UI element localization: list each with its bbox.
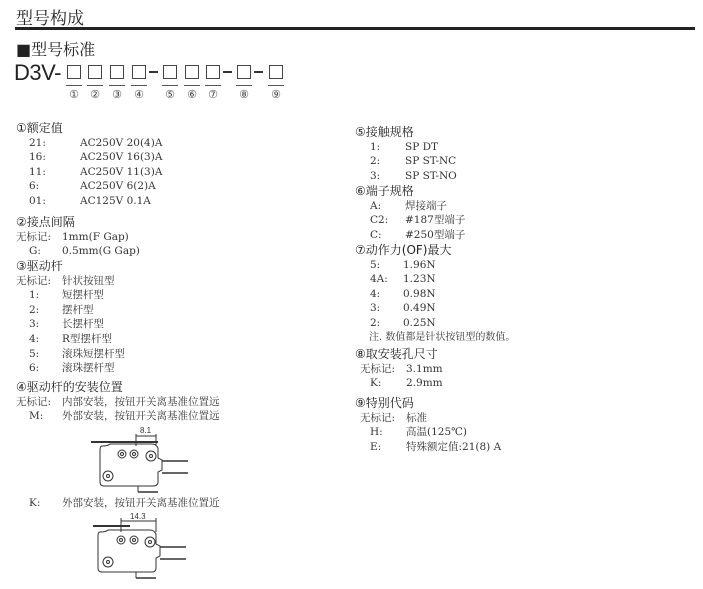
list-item: 2:0.25N bbox=[355, 316, 515, 331]
code-box-9 bbox=[269, 65, 283, 79]
section-title: ⑤接触规格 bbox=[355, 125, 457, 140]
list-item: 4A:1.23N bbox=[355, 272, 515, 287]
section-contact-gap: ②接点间隔 无标记:1mm(F Gap) G:0.5mm(G Gap) bbox=[16, 215, 140, 259]
list-item: 无标记:标准 bbox=[355, 411, 501, 426]
code-underline bbox=[268, 85, 284, 86]
position-label-3: ③ bbox=[109, 88, 125, 101]
list-item: A:焊接端子 bbox=[355, 199, 465, 214]
list-item: 3:0.49N bbox=[355, 301, 515, 316]
section-actuator: ③驱动杆 无标记:针状按钮型 1:短摆杆型 2:摆杆型 3:长摆杆型 4:R型摆… bbox=[16, 259, 125, 376]
list-item: 01:AC125V 0.1A bbox=[16, 194, 162, 209]
list-item: 6:滚珠摆杆型 bbox=[16, 361, 125, 376]
switch-diagram-k: 14.3 bbox=[90, 512, 195, 584]
list-item: C:#250型端子 bbox=[355, 228, 465, 243]
position-label-2: ② bbox=[87, 88, 103, 101]
code-underline bbox=[162, 85, 178, 86]
list-item: 5:滚珠短摆杆型 bbox=[16, 347, 125, 362]
list-item: M:外部安装，按钮开关离基准位置远 bbox=[16, 409, 220, 424]
code-box-8 bbox=[237, 65, 251, 79]
list-item: E:特殊额定值:21(8) A bbox=[355, 440, 501, 455]
list-item: K:2.9mm bbox=[355, 376, 443, 391]
list-item: 4:R型摆杆型 bbox=[16, 332, 125, 347]
position-label-9: ⑨ bbox=[268, 88, 284, 101]
section-title: ①额定值 bbox=[16, 121, 162, 136]
list-item: 21:AC250V 20(4)A bbox=[16, 136, 162, 151]
section-title: ⑧取安装孔尺寸 bbox=[355, 347, 443, 362]
list-item: 3:长摆杆型 bbox=[16, 317, 125, 332]
list-item: 2:SP ST-NC bbox=[355, 154, 457, 169]
section-mounting-hole: ⑧取安装孔尺寸 无标记:3.1mm K:2.9mm bbox=[355, 347, 443, 391]
section-title: ④驱动杆的安装位置 bbox=[16, 380, 220, 395]
section-title: ③驱动杆 bbox=[16, 259, 125, 274]
list-item: 5:1.96N bbox=[355, 258, 515, 273]
code-dash bbox=[149, 71, 158, 73]
footnote: 注. 数值都是针状按钮型的数值。 bbox=[355, 331, 515, 346]
code-box-1 bbox=[67, 65, 81, 79]
list-item: 无标记:针状按钮型 bbox=[16, 274, 125, 289]
list-item: 2:摆杆型 bbox=[16, 303, 125, 318]
model-prefix: D3V- bbox=[14, 60, 61, 86]
section-terminal: ⑥端子规格 A:焊接端子 C2:#187型端子 C:#250型端子 bbox=[355, 184, 465, 242]
code-underline bbox=[109, 85, 125, 86]
list-item: 16:AC250V 16(3)A bbox=[16, 150, 162, 165]
page-title: 型号构成 bbox=[16, 4, 84, 29]
code-underline bbox=[236, 85, 252, 86]
list-item: 无标记:内部安装，按钮开关离基准位置远 bbox=[16, 395, 220, 410]
code-box-6 bbox=[185, 65, 199, 79]
code-underline bbox=[87, 85, 103, 86]
section-title: ⑦动作力(OF)最大 bbox=[355, 243, 515, 258]
section-title: ⑥端子规格 bbox=[355, 184, 465, 199]
code-box-7 bbox=[206, 65, 220, 79]
position-label-6: ⑥ bbox=[184, 88, 200, 101]
code-underline bbox=[66, 85, 82, 86]
section-title: ⑨特别代码 bbox=[355, 396, 501, 411]
list-item: 1:短摆杆型 bbox=[16, 288, 125, 303]
code-dash bbox=[254, 71, 263, 73]
list-item: G:0.5mm(G Gap) bbox=[16, 244, 140, 259]
code-dash bbox=[223, 71, 232, 73]
list-item: 11:AC250V 11(3)A bbox=[16, 165, 162, 180]
dimension-label-m: 8.1 bbox=[140, 426, 152, 435]
section-operating-force: ⑦动作力(OF)最大 5:1.96N 4A:1.23N 4:0.98N 3:0.… bbox=[355, 243, 515, 345]
section-rated-value: ①额定值 21:AC250V 20(4)A 16:AC250V 16(3)A 1… bbox=[16, 121, 162, 209]
code-box-2 bbox=[88, 65, 102, 79]
list-item: 6:AC250V 6(2)A bbox=[16, 179, 162, 194]
position-label-7: ⑦ bbox=[205, 88, 221, 101]
dimension-label-k: 14.3 bbox=[130, 512, 146, 521]
section-actuator-mount: ④驱动杆的安装位置 无标记:内部安装，按钮开关离基准位置远 M:外部安装，按钮开… bbox=[16, 380, 220, 424]
code-underline bbox=[184, 85, 200, 86]
list-item: K:外部安装，按钮开关离基准位置近 bbox=[29, 495, 220, 510]
position-label-5: ⑤ bbox=[162, 88, 178, 101]
section-contact-form: ⑤接触规格 1:SP DT 2:SP ST-NC 3:SP ST-NO bbox=[355, 125, 457, 183]
list-item: H:高温(125℃) bbox=[355, 425, 501, 440]
header-rule bbox=[15, 27, 695, 30]
list-item: 4:0.98N bbox=[355, 287, 515, 302]
position-label-4: ④ bbox=[131, 88, 147, 101]
position-label-8: ⑧ bbox=[236, 88, 252, 101]
code-underline bbox=[131, 85, 147, 86]
list-item: 3:SP ST-NO bbox=[355, 169, 457, 184]
code-box-4 bbox=[132, 65, 146, 79]
switch-diagram-m: 8.1 bbox=[88, 424, 193, 496]
list-item: C2:#187型端子 bbox=[355, 213, 465, 228]
code-box-5 bbox=[163, 65, 177, 79]
section-special-code: ⑨特别代码 无标记:标准 H:高温(125℃) E:特殊额定值:21(8) A bbox=[355, 396, 501, 454]
section-subtitle: ■型号标准 bbox=[16, 37, 95, 60]
section-title: ②接点间隔 bbox=[16, 215, 140, 230]
code-box-3 bbox=[110, 65, 124, 79]
list-item: 无标记:1mm(F Gap) bbox=[16, 230, 140, 245]
list-item: 1:SP DT bbox=[355, 140, 457, 155]
position-label-1: ① bbox=[66, 88, 82, 101]
code-underline bbox=[205, 85, 221, 86]
list-item: 无标记:3.1mm bbox=[355, 362, 443, 377]
